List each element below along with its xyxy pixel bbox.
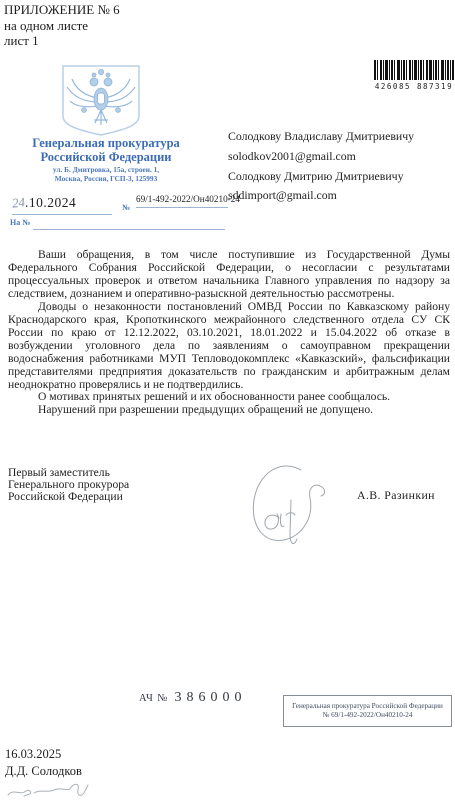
outgoing-number: 69/1-492-2022/Он40210-24 bbox=[136, 194, 228, 208]
recipient-email: solodkov2001@gmail.com bbox=[228, 147, 455, 167]
recipient-email: sddimport@gmail.com bbox=[228, 186, 455, 206]
letter-body: Ваши обращения, в том числе поступившие … bbox=[8, 249, 450, 417]
annotation-appendix: ПРИЛОЖЕНИЕ № 6 bbox=[4, 2, 120, 18]
reply-to-blank-line bbox=[33, 218, 225, 230]
barcode: 426085 887319 bbox=[374, 60, 454, 91]
recipient-name: Солодкову Дмитрию Дмитриевичу bbox=[228, 167, 455, 187]
org-address: ул. Б. Дмитровка, 15а, строен. 1, Москва… bbox=[0, 166, 212, 183]
printed-date: .10.2024 bbox=[25, 195, 76, 210]
footer-handwritten-signature bbox=[6, 780, 91, 809]
recipient-name: Солодкову Владиславу Дмитриевичу bbox=[228, 127, 455, 147]
form-number-value: 386000 bbox=[174, 690, 246, 705]
body-paragraph: Нарушений при разрешении предыдущих обра… bbox=[8, 404, 450, 417]
footer-name: Д.Д. Солодков bbox=[5, 764, 82, 779]
org-address-line2: Москва, Россия, ГСП-3, 125993 bbox=[0, 175, 212, 184]
handwritten-signature bbox=[246, 460, 341, 565]
stamp-org-line: Генеральная прокуратура Российской Федер… bbox=[284, 702, 451, 711]
signer-name: А.В. Разинкин bbox=[357, 488, 435, 503]
number-label: № bbox=[122, 203, 130, 212]
barcode-digits: 426085 887319 bbox=[374, 82, 454, 91]
org-name-line2: Российской Федерации bbox=[0, 151, 212, 165]
footer-date: 16.03.2025 bbox=[5, 747, 61, 762]
case-annotation: ПРИЛОЖЕНИЕ № 6 на одном листе лист 1 bbox=[4, 2, 120, 49]
annotation-sheets: на одном листе bbox=[4, 18, 120, 34]
body-paragraph: Доводы о незаконности постановлений ОМВД… bbox=[8, 301, 450, 392]
recipients-block: Солодкову Владиславу Дмитриевичу solodko… bbox=[228, 127, 455, 206]
org-name: Генеральная прокуратура Российской Федер… bbox=[0, 137, 212, 164]
date-line: 24.10.2024 bbox=[12, 194, 112, 215]
stamp-number-line: № 69/1-492-2022/Он40210-24 bbox=[284, 711, 451, 720]
form-number: АЧ №386000 bbox=[139, 688, 246, 706]
form-number-prefix: АЧ № bbox=[139, 693, 168, 704]
coat-of-arms-icon bbox=[61, 64, 141, 143]
scanned-letter-page: ПРИЛОЖЕНИЕ № 6 на одном листе лист 1 bbox=[0, 0, 455, 809]
annotation-sheet-number: лист 1 bbox=[4, 33, 120, 49]
registration-stamp: Генеральная прокуратура Российской Федер… bbox=[283, 695, 452, 727]
signer-title-block: Первый заместитель Генерального прокурор… bbox=[8, 467, 129, 504]
handwritten-day: 24 bbox=[11, 194, 26, 211]
reply-to-label: На № bbox=[10, 218, 30, 227]
signer-title-line3: Российской Федерации bbox=[8, 491, 129, 503]
org-name-line1: Генеральная прокуратура bbox=[0, 137, 212, 151]
body-paragraph: Ваши обращения, в том числе поступившие … bbox=[8, 249, 450, 301]
barcode-bars-icon bbox=[374, 60, 454, 80]
